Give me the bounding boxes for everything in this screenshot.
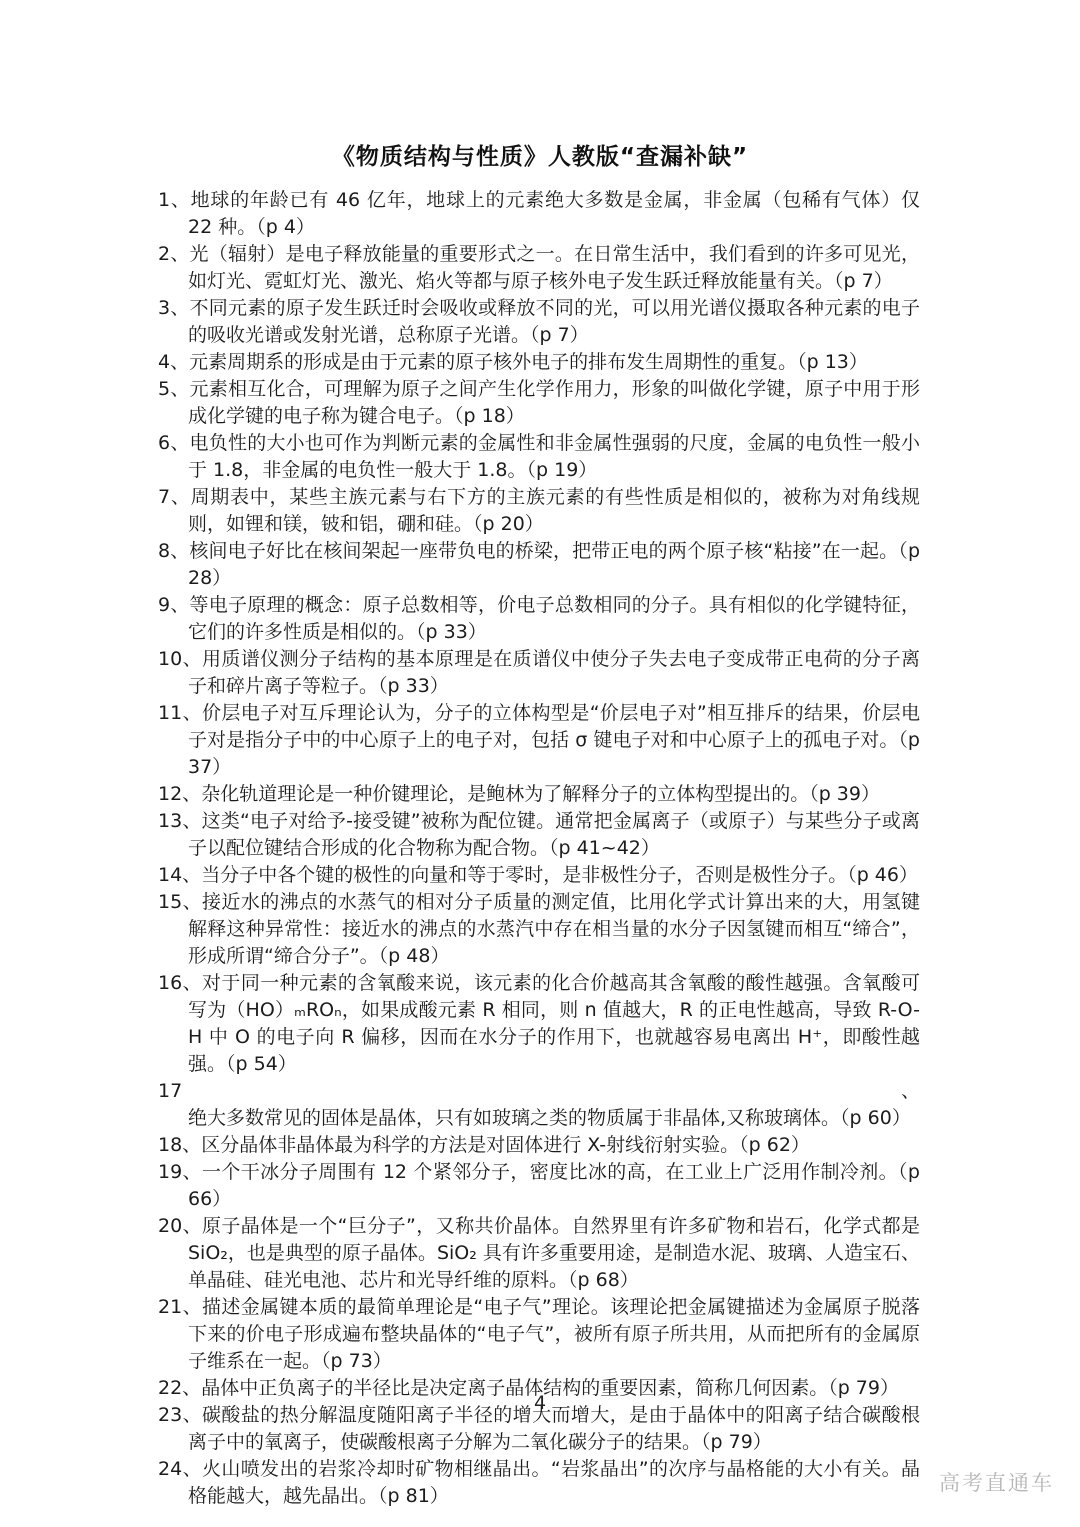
item-text: 火山喷发出的岩浆冷却时矿物相继晶出。“岩浆晶出”的次序与晶格能的大小有关。晶格能… (188, 1458, 920, 1507)
item-number: 20、 (158, 1215, 202, 1237)
list-item: 19、一个干冰分子周围有 12 个紧邻分子，密度比冰的高，在工业上广泛用作制冷剂… (158, 1159, 920, 1213)
list-item: 14、当分子中各个键的极性的向量和等于零时，是非极性分子，否则是极性分子。（p … (158, 862, 920, 889)
item-number: 21、 (158, 1296, 202, 1318)
item-number: 16、 (158, 972, 202, 994)
item-number: 3、 (158, 297, 190, 319)
item-number: 12、 (158, 783, 201, 805)
item-text: 杂化轨道理论是一种价键理论，是鲍林为了解释分子的立体构型提出的。（p 39） (201, 783, 880, 805)
list-item: 4、元素周期系的形成是由于元素的原子核外电子的排布发生周期性的重复。（p 13） (158, 349, 920, 376)
item-number: 5、 (158, 378, 190, 400)
list-item: 3、不同元素的原子发生跃迁时会吸收或释放不同的光，可以用光谱仪摄取各种元素的电子… (158, 295, 920, 349)
item-number: 24、 (158, 1458, 202, 1480)
item-text: 不同元素的原子发生跃迁时会吸收或释放不同的光，可以用光谱仪摄取各种元素的电子的吸… (188, 297, 920, 346)
item-text: 对于同一种元素的含氧酸来说，该元素的化合价越高其含氧酸的酸性越强。含氧酸可写为（… (188, 972, 920, 1075)
list-item: 13、这类“电子对给予-接受键”被称为配位键。通常把金属离子（或原子）与某些分子… (158, 808, 920, 862)
list-item: 9、等电子原理的概念：原子总数相等，价电子总数相同的分子。具有相似的化学键特征，… (158, 592, 920, 646)
item-text: 电负性的大小也可作为判断元素的金属性和非金属性强弱的尺度，金属的电负性一般小于 … (188, 432, 920, 481)
item-text: 一个干冰分子周围有 12 个紧邻分子，密度比冰的高，在工业上广泛用作制冷剂。（p… (188, 1161, 920, 1210)
item-text: 接近水的沸点的水蒸气的相对分子质量的测定值，比用化学式计算出来的大，用氢键解释这… (188, 891, 920, 967)
list-item: 20、原子晶体是一个“巨分子”，又称共价晶体。自然界里有许多矿物和岩石，化学式都… (158, 1213, 920, 1294)
item-number: 19、 (158, 1161, 202, 1183)
item-number: 14、 (158, 864, 201, 886)
watermark: 高考直通车 (939, 1467, 1054, 1497)
item-text: 用质谱仪测分子结构的基本原理是在质谱仪中使分子失去电子变成带正电荷的分子离子和碎… (188, 648, 920, 697)
item-number: 13、 (158, 810, 202, 832)
page-number: 4 (0, 1392, 1080, 1414)
list-item: 24、火山喷发出的岩浆冷却时矿物相继晶出。“岩浆晶出”的次序与晶格能的大小有关。… (158, 1456, 920, 1510)
item-text: 这类“电子对给予-接受键”被称为配位键。通常把金属离子（或原子）与某些分子或离子… (188, 810, 920, 859)
item-number: 9、 (158, 594, 190, 616)
item-number: 6、 (158, 432, 190, 454)
list-item: 1、地球的年龄已有 46 亿年，地球上的元素绝大多数是金属，非金属（包稀有气体）… (158, 187, 920, 241)
document-page: 《物质结构与性质》人教版“查漏补缺” 1、地球的年龄已有 46 亿年，地球上的元… (0, 0, 1080, 1527)
item-number: 2、 (158, 243, 190, 265)
item-number: 18、 (158, 1134, 201, 1156)
item-text: 等电子原理的概念：原子总数相等，价电子总数相同的分子。具有相似的化学键特征，它们… (188, 594, 920, 643)
list-item: 17、绝大多数常见的固体是晶体，只有如玻璃之类的物质属于非晶体,又称玻璃体。（p… (158, 1078, 920, 1132)
item-text: 价层电子对互斥理论认为，分子的立体构型是“价层电子对”相互排斥的结果，价层电子对… (188, 702, 920, 778)
list-item: 16、对于同一种元素的含氧酸来说，该元素的化合价越高其含氧酸的酸性越强。含氧酸可… (158, 970, 920, 1078)
item-text: 光（辐射）是电子释放能量的重要形式之一。在日常生活中，我们看到的许多可见光，如灯… (188, 243, 920, 292)
list-item: 10、用质谱仪测分子结构的基本原理是在质谱仪中使分子失去电子变成带正电荷的分子离… (158, 646, 920, 700)
list-item: 2、光（辐射）是电子释放能量的重要形式之一。在日常生活中，我们看到的许多可见光，… (158, 241, 920, 295)
list-item: 7、周期表中，某些主族元素与右下方的主族元素的有些性质是相似的，被称为对角线规则… (158, 484, 920, 538)
list-item: 15、接近水的沸点的水蒸气的相对分子质量的测定值，比用化学式计算出来的大，用氢键… (158, 889, 920, 970)
items-list: 1、地球的年龄已有 46 亿年，地球上的元素绝大多数是金属，非金属（包稀有气体）… (158, 187, 920, 1510)
list-item: 12、杂化轨道理论是一种价键理论，是鲍林为了解释分子的立体构型提出的。（p 39… (158, 781, 920, 808)
list-item: 11、价层电子对互斥理论认为，分子的立体构型是“价层电子对”相互排斥的结果，价层… (158, 700, 920, 781)
item-number: 10、 (158, 648, 202, 670)
list-item: 8、核间电子好比在核间架起一座带负电的桥梁，把带正电的两个原子核“粘接”在一起。… (158, 538, 920, 592)
item-number: 17、 (158, 1080, 920, 1102)
item-text: 地球的年龄已有 46 亿年，地球上的元素绝大多数是金属，非金属（包稀有气体）仅 … (188, 189, 920, 238)
item-text: 核间电子好比在核间架起一座带负电的桥梁，把带正电的两个原子核“粘接”在一起。（p… (188, 540, 920, 589)
item-text: 绝大多数常见的固体是晶体，只有如玻璃之类的物质属于非晶体,又称玻璃体。（p 60… (188, 1107, 911, 1129)
item-number: 4、 (158, 351, 189, 373)
list-item: 21、描述金属键本质的最简单理论是“电子气”理论。该理论把金属键描述为金属原子脱… (158, 1294, 920, 1375)
item-number: 11、 (158, 702, 202, 724)
item-number: 1、 (158, 189, 191, 211)
item-number: 8、 (158, 540, 189, 562)
list-item: 5、元素相互化合，可理解为原子之间产生化学作用力，形象的叫做化学键，原子中用于形… (158, 376, 920, 430)
item-text: 描述金属键本质的最简单理论是“电子气”理论。该理论把金属键描述为金属原子脱落下来… (188, 1296, 920, 1372)
page-title: 《物质结构与性质》人教版“查漏补缺” (0, 0, 1080, 171)
item-text: 元素相互化合，可理解为原子之间产生化学作用力，形象的叫做化学键，原子中用于形成化… (188, 378, 920, 427)
item-text: 原子晶体是一个“巨分子”，又称共价晶体。自然界里有许多矿物和岩石，化学式都是 S… (188, 1215, 920, 1291)
list-item: 18、区分晶体非晶体最为科学的方法是对固体进行 X-射线衍射实验。（p 62） (158, 1132, 920, 1159)
item-text: 当分子中各个键的极性的向量和等于零时，是非极性分子，否则是极性分子。（p 46） (201, 864, 918, 886)
list-item: 6、电负性的大小也可作为判断元素的金属性和非金属性强弱的尺度，金属的电负性一般小… (158, 430, 920, 484)
item-number: 15、 (158, 891, 202, 913)
item-number: 7、 (158, 486, 191, 508)
item-text: 元素周期系的形成是由于元素的原子核外电子的排布发生周期性的重复。（p 13） (189, 351, 868, 373)
item-text: 周期表中，某些主族元素与右下方的主族元素的有些性质是相似的，被称为对角线规则，如… (188, 486, 920, 535)
item-text: 区分晶体非晶体最为科学的方法是对固体进行 X-射线衍射实验。（p 62） (201, 1134, 810, 1156)
